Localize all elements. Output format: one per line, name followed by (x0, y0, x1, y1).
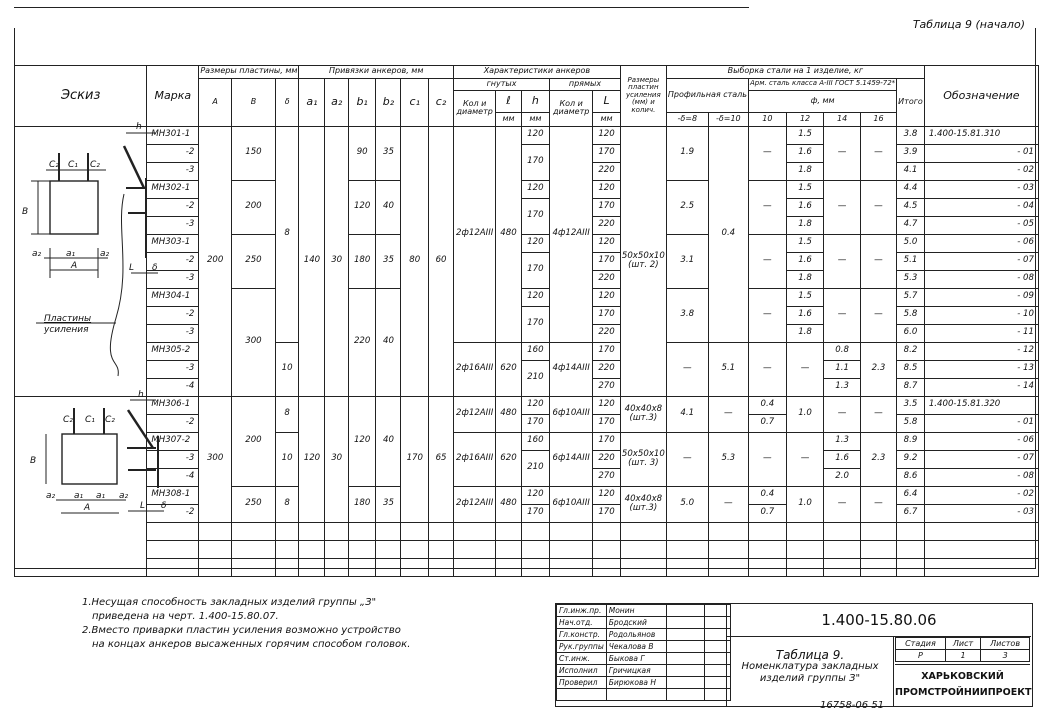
designation-value: 1.400-15.81.310 (924, 126, 1038, 144)
r12-value: 1.6 (786, 198, 824, 216)
r16-value: — (860, 234, 896, 288)
r10-value: — (749, 126, 787, 180)
total-value: 8.9 (897, 432, 925, 450)
total-value: 5.0 (897, 234, 925, 252)
total-value: 6.4 (897, 486, 925, 504)
svg-text:A: A (70, 261, 77, 271)
total-value: 4.1 (897, 162, 925, 180)
designation-value: - 10 (924, 306, 1038, 324)
B-value: 250 (232, 486, 276, 522)
total-value: 8.7 (897, 378, 925, 396)
r16-value: — (860, 486, 896, 522)
col-prof-8: -δ=8 (666, 112, 708, 126)
l-value: 620 (496, 432, 521, 486)
r12-value: 1.6 (786, 306, 824, 324)
p10-value: 5.1 (708, 342, 748, 396)
r14-value: 1.3 (824, 432, 860, 450)
L-value: 170 (593, 306, 621, 324)
col-total: Итого (897, 78, 925, 126)
straight-qty: 6ф14АIII (550, 432, 593, 486)
b2-value: 40 (376, 288, 401, 396)
delta-value: 8 (275, 486, 299, 522)
l-value: 480 (496, 126, 521, 342)
total-value: 5.8 (897, 414, 925, 432)
document-code: 1.400-15.80.06 (726, 604, 1031, 637)
col-prof-10: -δ=10 (708, 112, 748, 126)
L-value: 170 (593, 414, 621, 432)
svg-text:C₂: C₂ (63, 415, 73, 425)
col-anchor-bindings: Привязки анкеров, мм (299, 65, 454, 78)
empty-row (15, 558, 1039, 576)
svg-text:B: B (30, 456, 36, 466)
delta-value: 10 (275, 432, 299, 486)
b2-value: 35 (376, 234, 401, 288)
sheet-label: Лист (945, 638, 980, 650)
r14-value: 2.0 (824, 468, 860, 486)
a2-value: 30 (325, 396, 348, 522)
designation-value: 1.400-15.81.320 (924, 396, 1038, 414)
col-reinf: Размеры пластин усиления (мм) и колич. (620, 65, 666, 126)
designation-value: - 05 (924, 216, 1038, 234)
svg-text:h: h (138, 390, 144, 400)
r16-value: — (860, 180, 896, 234)
h-value: 120 (521, 126, 549, 144)
r12-value: 1.5 (786, 288, 824, 306)
a2-value: 30 (325, 126, 348, 396)
bent-qty: 2ф12АIII (453, 396, 495, 432)
col-A: А (199, 78, 232, 126)
b1-value: 120 (348, 396, 376, 486)
r14-value: — (824, 288, 860, 342)
designation-value: - 03 (924, 504, 1038, 522)
r12-value: 1.6 (786, 144, 824, 162)
designation-value: - 07 (924, 450, 1038, 468)
svg-text:δ: δ (161, 501, 167, 511)
svg-text:a₂: a₂ (119, 491, 129, 501)
col-l: ℓ (496, 90, 521, 112)
L-value: 220 (593, 162, 621, 180)
unit-mm: мм (593, 112, 621, 126)
title-block: Гл.инж.пр.Монин Нач.отд.Бродский Гл.конс… (555, 603, 1033, 707)
L-value: 220 (593, 360, 621, 378)
B-value: 200 (232, 396, 276, 486)
r16-value: — (860, 396, 896, 432)
r12-value: 1.0 (786, 396, 824, 432)
L-value: 120 (593, 288, 621, 306)
L-value: 220 (593, 450, 621, 468)
col-r16: 16 (860, 112, 896, 126)
svg-text:a₁: a₁ (66, 249, 76, 259)
svg-text:C₂: C₂ (90, 160, 100, 170)
r10-value: — (749, 342, 787, 396)
designation-value: - 02 (924, 162, 1038, 180)
L-value: 270 (593, 378, 621, 396)
b1-value: 90 (348, 126, 376, 180)
b1-value: 180 (348, 234, 376, 288)
delta-value: 8 (275, 396, 299, 432)
col-h: h (521, 90, 549, 112)
b1-value: 220 (348, 288, 376, 396)
straight-qty: 6ф10АIII (550, 396, 593, 432)
bent-qty: 2ф12АIII (453, 486, 495, 522)
svg-text:a₂: a₂ (46, 491, 56, 501)
svg-text:a₂: a₂ (32, 249, 42, 259)
B-value: 250 (232, 234, 276, 288)
b2-value: 40 (376, 396, 401, 486)
designation-value: - 12 (924, 342, 1038, 360)
r12-value: 1.8 (786, 162, 824, 180)
designation-value: - 01 (924, 144, 1038, 162)
b1-value: 180 (348, 486, 376, 522)
r14-value: — (824, 234, 860, 288)
col-r14: 14 (824, 112, 860, 126)
signers-table: Гл.инж.пр.Монин Нач.отд.Бродский Гл.конс… (556, 604, 731, 701)
svg-text:a₁: a₁ (74, 491, 84, 501)
L-value: 120 (593, 234, 621, 252)
reinf-value: 50x50x10 (шт. 3) (620, 432, 666, 486)
designation-value: - 14 (924, 378, 1038, 396)
r12-value: 1.8 (786, 324, 824, 342)
r10-value: 0.4 (749, 396, 787, 414)
col-straight-qty: Кол и диаметр (550, 90, 593, 126)
svg-text:A: A (83, 503, 90, 513)
p8-value: 1.9 (666, 126, 708, 180)
drawing-title: Таблица 9. Номенклатура закладных издели… (726, 637, 894, 706)
total-value: 5.3 (897, 270, 925, 288)
p8-value: 3.1 (666, 234, 708, 288)
svg-text:C₁: C₁ (85, 415, 95, 425)
designation-value: - 06 (924, 234, 1038, 252)
r14-value: 1.3 (824, 378, 860, 396)
col-a1: a₁ (299, 78, 325, 126)
col-c2: c₂ (429, 78, 454, 126)
L-value: 120 (593, 180, 621, 198)
col-L: L (593, 90, 621, 112)
col-b1: b₁ (348, 78, 376, 126)
col-r10: 10 (749, 112, 787, 126)
svg-text:L: L (140, 501, 145, 511)
L-value: 120 (593, 486, 621, 504)
designation-value: - 01 (924, 414, 1038, 432)
designation-value: - 11 (924, 324, 1038, 342)
h-value: 210 (521, 450, 549, 486)
r16-value: — (860, 288, 896, 342)
straight-qty: 6ф10АIII (550, 486, 593, 522)
total-value: 4.7 (897, 216, 925, 234)
sheets-label: Листов (981, 638, 1030, 650)
unit-mm: мм (496, 112, 521, 126)
r12-value: 1.5 (786, 180, 824, 198)
total-value: 8.2 (897, 342, 925, 360)
designation-value: - 08 (924, 270, 1038, 288)
r10-value: 0.4 (749, 486, 787, 504)
c1-value: 170 (401, 396, 429, 522)
h-value: 120 (521, 288, 549, 306)
h-value: 120 (521, 486, 549, 504)
r12-value: — (786, 342, 824, 396)
r14-value: — (824, 486, 860, 522)
total-value: 9.2 (897, 450, 925, 468)
bent-qty: 2ф16АIII (453, 342, 495, 396)
sheets-value: 3 (981, 650, 1030, 662)
p10-value: 5.3 (708, 432, 748, 486)
r10-value: 0.7 (749, 414, 787, 432)
r12-value: 1.8 (786, 216, 824, 234)
svg-text:B: B (22, 207, 28, 217)
note-2-line-1: 2.Вместо приварки пластин усиления возмо… (82, 624, 410, 638)
L-value: 220 (593, 324, 621, 342)
h-value: 120 (521, 396, 549, 414)
h-value: 170 (521, 414, 549, 432)
r10-value: 0.7 (749, 504, 787, 522)
h-value: 160 (521, 342, 549, 360)
svg-text:C₁: C₁ (68, 160, 78, 170)
designation-value: - 08 (924, 468, 1038, 486)
col-mark: Марка (147, 65, 199, 126)
svg-text:a₁: a₁ (96, 491, 106, 501)
delta-value: 8 (275, 126, 299, 342)
p10-value: — (708, 396, 748, 432)
r12-value: 1.6 (786, 252, 824, 270)
B-value: 300 (232, 288, 276, 396)
notes: 1.Несущая способность закладных изделий … (82, 596, 410, 652)
r16-value: — (860, 126, 896, 180)
col-bent: гнутых (453, 78, 549, 90)
b2-value: 35 (376, 486, 401, 522)
L-value: 170 (593, 144, 621, 162)
straight-qty: 4ф14АIII (550, 342, 593, 396)
svg-text:δ: δ (152, 263, 158, 273)
r10-value: — (749, 432, 787, 486)
total-value: 4.5 (897, 198, 925, 216)
p8-value: — (666, 432, 708, 486)
r10-value: — (749, 288, 787, 342)
col-delta: δ (275, 78, 299, 126)
p8-value: 4.1 (666, 396, 708, 432)
stage-sheet-block: СтадияЛистЛистов Р13 (895, 637, 1030, 663)
l-value: 480 (496, 486, 521, 522)
p8-value: 5.0 (666, 486, 708, 522)
designation-value: - 06 (924, 432, 1038, 450)
r16-value: 2.3 (860, 342, 896, 396)
r12-value: — (786, 432, 824, 486)
b1-value: 120 (348, 180, 376, 234)
p10-value: 0.4 (708, 126, 748, 342)
total-value: 3.9 (897, 144, 925, 162)
footer-number: 16758-06 51 (820, 700, 884, 711)
designation-value: - 04 (924, 198, 1038, 216)
total-value: 5.1 (897, 252, 925, 270)
sketch-diagram-group-1: h C₂ C₁ C₂ B a₂ a₁ a₂ A L δ Пластины уси… (16, 118, 171, 378)
svg-text:C₂: C₂ (49, 160, 59, 170)
L-value: 120 (593, 126, 621, 144)
designation-value: - 09 (924, 288, 1038, 306)
p8-value: — (666, 342, 708, 396)
total-value: 4.4 (897, 180, 925, 198)
B-value: 200 (232, 180, 276, 234)
svg-text:C₂: C₂ (105, 415, 115, 425)
b2-value: 35 (376, 126, 401, 180)
p8-value: 2.5 (666, 180, 708, 234)
svg-text:Пластины: Пластины (44, 314, 91, 324)
A-value: 300 (199, 396, 232, 522)
L-value: 120 (593, 396, 621, 414)
col-steel-selection: Выборка стали на 1 изделие, кг (666, 65, 924, 78)
r14-value: — (824, 396, 860, 432)
designation-value: - 13 (924, 360, 1038, 378)
total-value: 3.8 (897, 126, 925, 144)
organization: ХАРЬКОВСКИЙ ПРОМСТРОЙНИИПРОЕКТ (895, 664, 1030, 706)
col-bent-qty: Кол и диаметр (453, 90, 495, 126)
r14-value: — (824, 180, 860, 234)
h-value: 170 (521, 198, 549, 234)
L-value: 270 (593, 468, 621, 486)
designation-value: - 07 (924, 252, 1038, 270)
note-1-line-2: приведена на черт. 1.400-15.80.07. (82, 610, 410, 624)
L-value: 170 (593, 432, 621, 450)
total-value: 8.5 (897, 360, 925, 378)
h-value: 160 (521, 432, 549, 450)
a1-value: 120 (299, 396, 325, 522)
col-b2: b₂ (376, 78, 401, 126)
r14-value: 1.1 (824, 360, 860, 378)
note-2-line-2: на концах анкеров высаженных горячим спо… (82, 638, 410, 652)
L-value: 170 (593, 252, 621, 270)
p8-value: 3.8 (666, 288, 708, 342)
total-value: 8.6 (897, 468, 925, 486)
r14-value: — (824, 126, 860, 180)
sketch-label-h: h (136, 122, 142, 132)
stage-value: Р (896, 650, 946, 662)
r12-value: 1.0 (786, 486, 824, 522)
delta-value: 10 (275, 342, 299, 396)
bent-qty: 2ф16АIII (453, 432, 495, 486)
r10-value: — (749, 180, 787, 234)
sketch-diagram-group-2: h C₂ C₁ C₂ B a₂ a₁ a₁ a₂ A L δ (16, 388, 171, 528)
col-profile-steel: Профильная сталь (666, 78, 748, 112)
col-straight: прямых (550, 78, 621, 90)
h-value: 120 (521, 234, 549, 252)
reinf-value: 50x50x10 (шт. 2) (620, 126, 666, 396)
r14-value: 1.6 (824, 450, 860, 468)
r12-value: 1.5 (786, 126, 824, 144)
h-value: 170 (521, 504, 549, 522)
spacer-row (15, 33, 1039, 65)
h-value: 210 (521, 360, 549, 396)
col-c1: c₁ (401, 78, 429, 126)
h-value: 170 (521, 144, 549, 180)
stage-label: Стадия (896, 638, 946, 650)
svg-text:L: L (129, 263, 134, 273)
total-value: 3.5 (897, 396, 925, 414)
c2-value: 65 (429, 396, 454, 522)
r12-value: 1.5 (786, 234, 824, 252)
col-anchor-chars: Характеристики анкеров (453, 65, 620, 78)
bent-qty: 2ф12АIII (453, 126, 495, 342)
svg-text:a₂: a₂ (100, 249, 110, 259)
unit-mm: мм (521, 112, 549, 126)
col-phi: ф, мм (749, 90, 897, 112)
reinf-value: 40x40x8 (шт.3) (620, 396, 666, 432)
note-1-line-1: 1.Несущая способность закладных изделий … (82, 596, 410, 610)
L-value: 220 (593, 270, 621, 288)
r12-value: 1.8 (786, 270, 824, 288)
designation-value: - 02 (924, 486, 1038, 504)
col-sketch: Эскиз (15, 65, 147, 126)
B-value: 150 (232, 126, 276, 180)
r10-value: — (749, 234, 787, 288)
b2-value: 40 (376, 180, 401, 234)
total-value: 5.8 (897, 306, 925, 324)
empty-row (15, 540, 1039, 558)
sheet-value: 1 (945, 650, 980, 662)
total-value: 6.7 (897, 504, 925, 522)
l-value: 480 (496, 396, 521, 432)
col-B: В (232, 78, 276, 126)
col-plate-sizes: Размеры пластины, мм (199, 65, 299, 78)
svg-text:усиления: усиления (43, 325, 89, 335)
L-value: 170 (593, 198, 621, 216)
reinf-value: 40x40x8 (шт.3) (620, 486, 666, 522)
top-border-line (14, 7, 749, 8)
total-value: 5.7 (897, 288, 925, 306)
col-r12: 12 (786, 112, 824, 126)
col-rebar: Арм. сталь класса А-III ГОСТ 5.1459-72* (749, 78, 897, 90)
col-designation: Обозначение (924, 65, 1038, 126)
L-value: 220 (593, 216, 621, 234)
h-value: 120 (521, 180, 549, 198)
c2-value: 60 (429, 126, 454, 396)
L-value: 170 (593, 342, 621, 360)
h-value: 170 (521, 252, 549, 288)
straight-qty: 4ф12АIII (550, 126, 593, 342)
p10-value: — (708, 486, 748, 522)
L-value: 170 (593, 504, 621, 522)
designation-value: - 03 (924, 180, 1038, 198)
total-value: 6.0 (897, 324, 925, 342)
a1-value: 140 (299, 126, 325, 396)
A-value: 200 (199, 126, 232, 396)
r14-value: 0.8 (824, 342, 860, 360)
col-a2: a₂ (325, 78, 348, 126)
c1-value: 80 (401, 126, 429, 396)
l-value: 620 (496, 342, 521, 396)
h-value: 170 (521, 306, 549, 342)
r16-value: 2.3 (860, 432, 896, 486)
